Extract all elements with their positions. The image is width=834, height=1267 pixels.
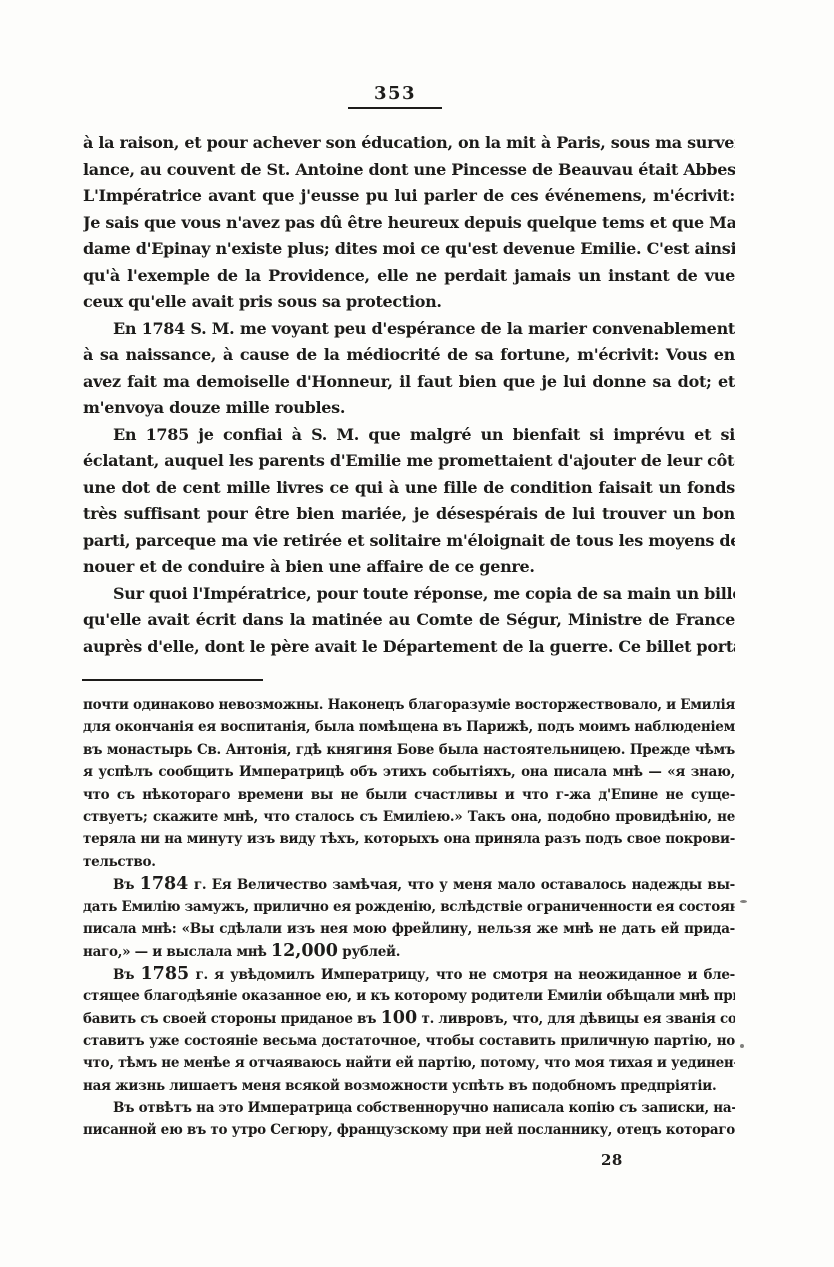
paragraph: En 1784 S. M. me voyant peu d'espérance … [83, 316, 735, 422]
footnote-line: дать Емилію замужъ, прилично ея рожденію… [83, 896, 735, 918]
text-line: ceux qu'elle avait pris sous sa protecti… [83, 289, 735, 316]
text-line: lance, au couvent de St. Antoine dont un… [83, 157, 735, 184]
paragraph: Въ 1785 г. я увѣдомилъ Императрицу, что … [83, 963, 735, 1097]
footnote-line: ставитъ уже состояніе весьма достаточное… [83, 1030, 735, 1052]
page-scan: 353 à la raison, et pour achever son édu… [0, 0, 834, 1267]
footnote-line: стящее благодѣяніе оказанное ею, и къ ко… [83, 985, 735, 1007]
text-line: qu'à l'exemple de la Providence, elle ne… [83, 263, 735, 290]
signature-number: 28 [601, 1151, 623, 1169]
footnote-line: Въ 1785 г. я увѣдомилъ Императрицу, что … [83, 963, 735, 985]
footnote-line: наго,» — и выслала мнѣ 12,000 рублей. [83, 940, 735, 962]
scan-speck [740, 1044, 744, 1048]
text-line: avez fait ma demoiselle d'Honneur, il fa… [83, 369, 735, 396]
page-number: 353 [347, 84, 443, 104]
text-line: Je sais que vous n'avez pas dû être heur… [83, 210, 735, 237]
text-line: En 1785 je confiai à S. M. que malgré un… [83, 422, 735, 449]
footnote-line: я успѣлъ сообщить Императрицѣ объ этихъ … [83, 761, 735, 783]
footnote-line: тельство. [83, 851, 735, 873]
page-header: 353 [347, 84, 443, 109]
main-text-block: à la raison, et pour achever son éducati… [83, 130, 735, 660]
scan-speck [740, 900, 747, 903]
text-line: dame d'Epinay n'existe plus; dites moi c… [83, 236, 735, 263]
footnote-line: писала мнѣ: «Вы сдѣлали изъ нея мою фрей… [83, 918, 735, 940]
text-line: une dot de cent mille livres ce qui à un… [83, 475, 735, 502]
text-line: qu'elle avait écrit dans la matinée au C… [83, 607, 735, 634]
footnote-line: въ монастырь Св. Антонія, гдѣ княгиня Бо… [83, 739, 735, 761]
text-line: auprès d'elle, dont le père avait le Dép… [83, 634, 735, 661]
paragraph: à la raison, et pour achever son éducati… [83, 130, 735, 316]
footnote-line: ная жизнь лишаетъ меня всякой возможност… [83, 1075, 735, 1097]
text-line: très suffisant pour être bien mariée, je… [83, 501, 735, 528]
text-line: parti, parceque ma vie retirée et solita… [83, 528, 735, 555]
text-line: L'Impératrice avant que j'eusse pu lui p… [83, 183, 735, 210]
paragraph: En 1785 je confiai à S. M. que malgré un… [83, 422, 735, 581]
paragraph: Въ 1784 г. Ея Величество замѣчая, что у … [83, 873, 735, 963]
paragraph: Въ отвѣтъ на это Императрица собственнор… [83, 1097, 735, 1142]
paragraph: Sur quoi l'Impératrice, pour toute répon… [83, 581, 735, 661]
text-line: à la raison, et pour achever son éducati… [83, 130, 735, 157]
text-line: à sa naissance, à cause de la médiocrité… [83, 342, 735, 369]
footnote-block: почти одинаково невозможны. Наконецъ бла… [83, 694, 735, 1142]
text-line: m'envoya douze mille roubles. [83, 395, 735, 422]
footnote-line: что, тѣмъ не менѣе я отчаяваюсь найти ей… [83, 1052, 735, 1074]
footnote-line: теряла ни на минуту изъ виду тѣхъ, котор… [83, 828, 735, 850]
footnote-line: что съ нѣкотораго времени вы не были сча… [83, 784, 735, 806]
text-line: nouer et de conduire à bien une affaire … [83, 554, 735, 581]
text-line: Sur quoi l'Impératrice, pour toute répon… [83, 581, 735, 608]
footnote-line: ствуетъ; скажите мнѣ, что сталось съ Еми… [83, 806, 735, 828]
text-line: En 1784 S. M. me voyant peu d'espérance … [83, 316, 735, 343]
footnote-line: Въ отвѣтъ на это Императрица собственнор… [83, 1097, 735, 1119]
footnote-line: писанной ею въ то утро Сегюру, французск… [83, 1119, 735, 1141]
footnote-line: бавить съ своей стороны приданое въ 100 … [83, 1007, 735, 1029]
text-line: éclatant, auquel les parents d'Emilie me… [83, 448, 735, 475]
footnote-line: для окончанія ея воспитанія, была помѣще… [83, 716, 735, 738]
footnote-line: почти одинаково невозможны. Наконецъ бла… [83, 694, 735, 716]
footnote-line: Въ 1784 г. Ея Величество замѣчая, что у … [83, 873, 735, 895]
page-number-underline [348, 107, 442, 109]
footnote-separator-rule [82, 679, 263, 681]
paragraph: почти одинаково невозможны. Наконецъ бла… [83, 694, 735, 873]
